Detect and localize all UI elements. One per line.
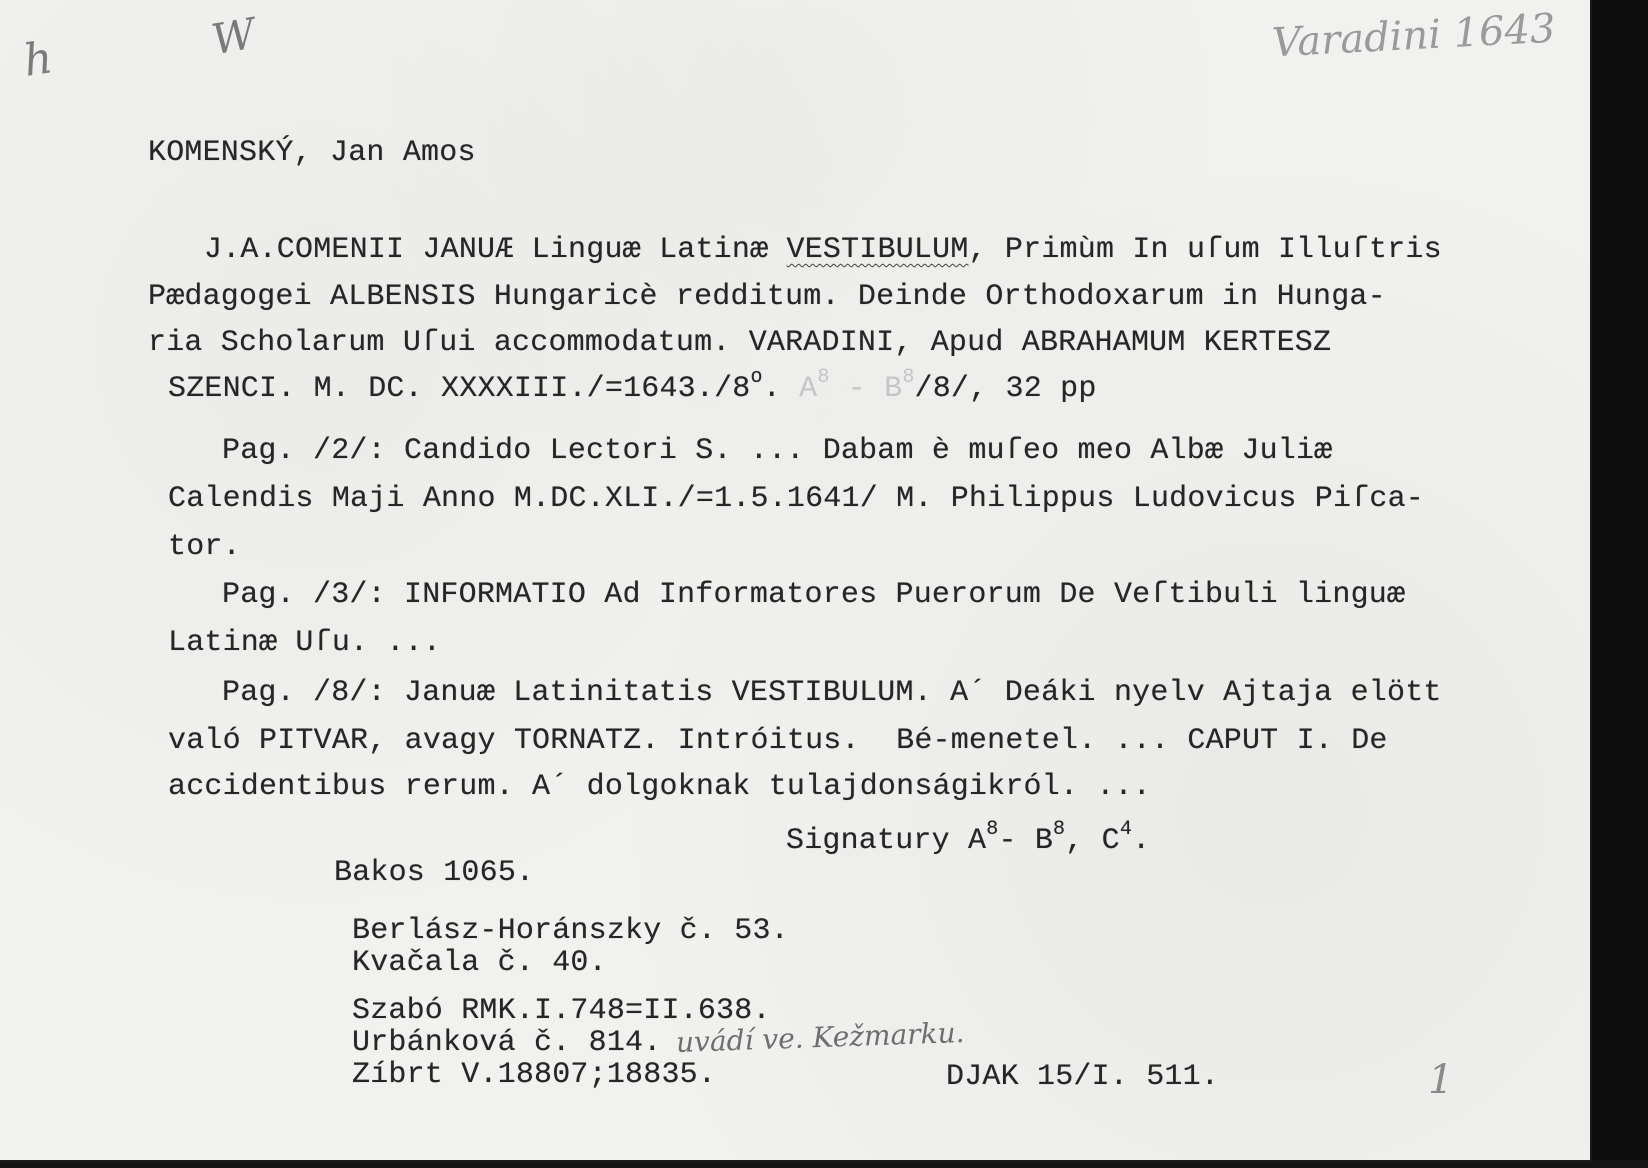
author-heading: KOMENSKÝ, Jan Amos: [148, 138, 476, 168]
note-pag2-line1: Pag. /2/: Candido Lectori S. ... Dabam è…: [222, 436, 1332, 466]
note-pag2-line2: Calendis Maji Anno M.DC.XLI./=1.5.1641/ …: [168, 484, 1424, 514]
faint-signature-exp: 8: [817, 366, 829, 389]
note-pag3-line1: Pag. /3/: INFORMATIO Ad Informatores Pue…: [222, 580, 1405, 610]
signature-exp: 8: [1053, 818, 1065, 841]
ref-bakos: Bakos 1065.: [334, 858, 534, 888]
note-pag3-line2: Latinæ Uſu. ...: [168, 628, 441, 658]
title-line-1: J.A.COMENII JANUÆ Linguæ Latinæ VESTIBUL…: [204, 235, 1442, 265]
note-pag8-line3: accidentibus rerum. A´ dolgoknak tulajdo…: [168, 772, 1151, 802]
handwritten-place-date: Varadini 1643: [1271, 9, 1556, 64]
imprint-text: SZENCI. M. DC. XXXXIII./=1643./8: [168, 372, 751, 406]
note-pag8-line2: való PITVAR, avagy TORNATZ. Intróitus. B…: [168, 726, 1388, 756]
ref-kvacala: Kvačala č. 40.: [352, 948, 607, 978]
title-text: , Primùm In uſum Illuſtris: [969, 233, 1442, 267]
handwritten-annotation: uvádí ve. Kežmarku.: [676, 1019, 965, 1057]
signatures-text: .: [1132, 824, 1150, 858]
handwritten-mark-w: W: [209, 13, 259, 62]
faint-signature-exp: 8: [902, 366, 914, 389]
title-line-2: Pædagogei ALBENSIS Hungaricè redditum. D…: [148, 282, 1386, 312]
signatures-text: , C: [1065, 824, 1120, 858]
collation-text: /8/, 32 pp: [915, 372, 1097, 406]
format-degree: o: [751, 366, 763, 389]
imprint-line: SZENCI. M. DC. XXXXIII./=1643./8o. A8 - …: [168, 374, 1097, 404]
catalog-card: h W Varadini 1643 KOMENSKÝ, Jan Amos J.A…: [0, 0, 1592, 1163]
scan-dark-edge: [1590, 0, 1648, 1168]
title-text: J.A.COMENII JANUÆ Linguæ Latinæ: [204, 233, 787, 267]
title-vestibulum-underlined: VESTIBULUM: [787, 233, 969, 267]
note-pag8-line1: Pag. /8/: Januæ Latinitatis VESTIBULUM. …: [222, 678, 1442, 708]
signatures-text: - B: [998, 824, 1053, 858]
signatures-label: Signatury A: [786, 824, 986, 858]
handwritten-mark-h: h: [21, 36, 55, 84]
ref-zibrt: Zíbrt V.18807;18835.: [352, 1060, 716, 1090]
signature-exp: 8: [986, 818, 998, 841]
title-line-3: ria Scholarum Uſui accommodatum. VARADIN…: [148, 328, 1331, 358]
ref-urbankova: Urbánková č. 814.: [352, 1028, 661, 1058]
ref-djak: DJAK 15/I. 511.: [946, 1062, 1219, 1092]
faint-signature: - B: [830, 372, 903, 406]
handwritten-page-number: 1: [1428, 1060, 1453, 1100]
imprint-text: .: [763, 372, 799, 406]
ref-berlasz-horanszky: Berlász-Horánszky č. 53.: [352, 916, 789, 946]
signature-exp: 4: [1120, 818, 1132, 841]
signatures-line: Signatury A8- B8, C4.: [786, 826, 1150, 856]
ref-szabo: Szabó RMK.I.748=II.638.: [352, 996, 771, 1026]
faint-signature: A: [799, 372, 817, 406]
note-pag2-line3: tor.: [168, 532, 241, 562]
